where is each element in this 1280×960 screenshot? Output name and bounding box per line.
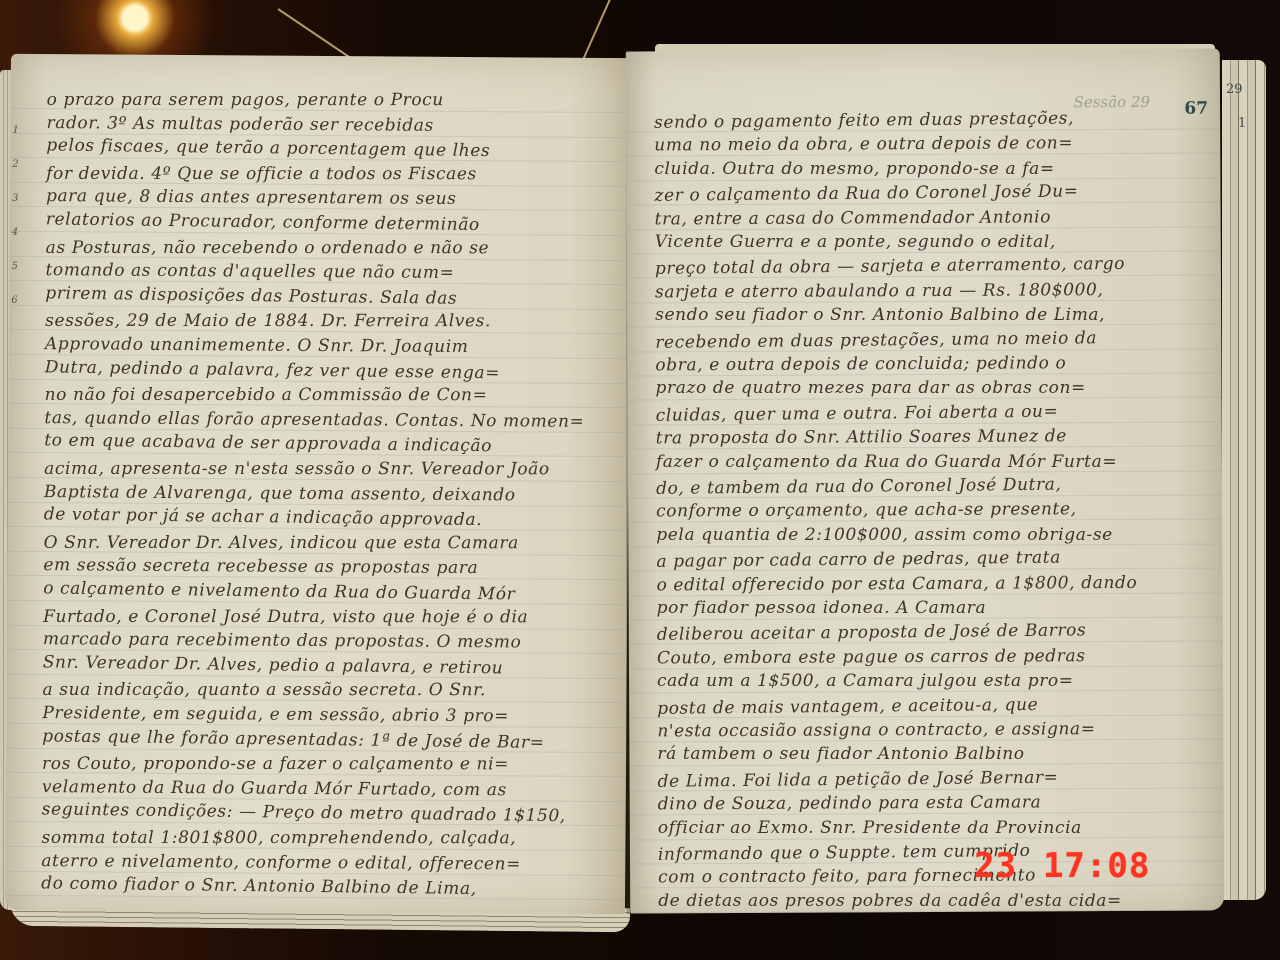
handwritten-line: cada um a 1$500, a Camara julgou esta pr… bbox=[657, 671, 1205, 691]
handwritten-line: ros Couto, propondo-se a fazer o calçame… bbox=[42, 754, 610, 774]
handwritten-line: tas, quando ellas forão apresentadas. Co… bbox=[44, 408, 612, 432]
handwritten-line: Baptista de Alvarenga, que toma assento,… bbox=[44, 482, 612, 506]
handwritten-line: rador. 3º As multas poderão ser recebida… bbox=[46, 113, 614, 137]
handwritten-line: o prazo para serem pagos, perante o Proc… bbox=[47, 90, 615, 110]
margin-mark: 4 bbox=[12, 216, 28, 250]
handwritten-line: no não foi desapercebido a Commissão de … bbox=[45, 385, 613, 405]
handwritten-line: Vicente Guerra e a ponte, segundo o edit… bbox=[655, 232, 1203, 252]
handwritten-line: de dietas aos presos pobres da cadêa d'e… bbox=[658, 891, 1206, 911]
handwritten-line: pela quantia de 2:100$000, assim como ob… bbox=[656, 525, 1204, 545]
margin-mark: 1 bbox=[12, 114, 28, 148]
handwritten-line: Approvado unanimemente. O Snr. Dr. Joaqu… bbox=[45, 334, 613, 358]
edge-number: 29 bbox=[1226, 82, 1243, 97]
handwritten-line: n'esta occasião assigna o contracto, e a… bbox=[657, 719, 1205, 742]
handwritten-line: fazer o calçamento da Rua do Guarda Mór … bbox=[656, 452, 1204, 472]
handwritten-line: a sua indicação, quanto a sessão secreta… bbox=[43, 680, 611, 700]
margin-mark: 6 bbox=[11, 284, 27, 318]
handwritten-line: em sessão secreta recebesse as propostas… bbox=[43, 555, 611, 579]
handwritten-line: tomando as contas d'aquelles que não cum… bbox=[45, 260, 613, 284]
handwritten-line: sessões, 29 de Maio de 1884. Dr. Ferreir… bbox=[45, 311, 613, 331]
open-ledger-book: 29 1 1 2 3 4 5 6 o prazo para serem pago… bbox=[0, 0, 1280, 960]
handwritten-line: officiar ao Exmo. Snr. Presidente da Pro… bbox=[658, 818, 1206, 838]
handwritten-line: for devida. 4º Que se officie a todos os… bbox=[46, 164, 614, 184]
left-page: 1 2 3 4 5 6 o prazo para serem pagos, pe… bbox=[5, 54, 631, 914]
handwritten-line: rá tambem o seu fiador Antonio Balbino bbox=[657, 744, 1205, 764]
margin-mark: 3 bbox=[12, 182, 28, 216]
handwritten-line: por fiador pessoa idonea. A Camara bbox=[657, 598, 1205, 618]
handwritten-line: tra, entre a casa do Commendador Antonio bbox=[655, 206, 1203, 229]
handwritten-text-block: o prazo para serem pagos, perante o Proc… bbox=[11, 54, 631, 58]
handwritten-line: Presidente, em seguida, e em sessão, abr… bbox=[42, 703, 610, 727]
handwritten-line: o edital offerecido por esta Camara, a 1… bbox=[656, 572, 1204, 595]
handwritten-line: uma no meio da obra, e outra depois de c… bbox=[654, 133, 1202, 156]
handwritten-line: obra, e outra depois de concluida; pedin… bbox=[655, 353, 1203, 376]
handwritten-line: para que, 8 dias antes apresentarem os s… bbox=[46, 186, 614, 210]
handwritten-line: dino de Souza, pedindo para esta Camara bbox=[658, 792, 1206, 815]
handwritten-line: cluida. Outra do mesmo, propondo-se a fa… bbox=[654, 159, 1202, 179]
handwritten-line: somma total 1:801$800, comprehendendo, c… bbox=[42, 828, 610, 848]
page-stack-right: 29 1 bbox=[1222, 60, 1266, 900]
handwritten-line: prazo de quatro mezes para dar as obras … bbox=[656, 378, 1204, 398]
camera-timestamp-overlay: 2317:08 bbox=[974, 846, 1150, 886]
timestamp-time: 17:08 bbox=[1043, 846, 1150, 886]
handwritten-line: sendo seu fiador o Snr. Antonio Balbino … bbox=[655, 305, 1203, 325]
handwritten-line: acima, apresenta-se n'esta sessão o Snr.… bbox=[44, 459, 612, 479]
handwritten-line: velamento da Rua do Guarda Mór Furtado, … bbox=[42, 777, 610, 801]
handwritten-line: aterro e nivelamento, conforme o edital,… bbox=[41, 851, 609, 875]
handwritten-line: sarjeta e aterro abaulando a rua — Rs. 1… bbox=[655, 279, 1203, 302]
handwritten-line: as Posturas, não recebendo o ordenado e … bbox=[46, 237, 614, 257]
handwritten-line: tra proposta do Snr. Attilio Soares Mune… bbox=[656, 426, 1204, 449]
edge-number: 1 bbox=[1238, 116, 1246, 131]
right-page: Sessão 29 67 sendo o pagamento feito em … bbox=[626, 48, 1225, 913]
margin-mark: 2 bbox=[12, 148, 28, 182]
timestamp-day: 23 bbox=[974, 846, 1017, 886]
handwritten-line: conforme o orçamento, que acha-se presen… bbox=[656, 499, 1204, 522]
handwritten-line: Couto, embora este pague os carros de pe… bbox=[657, 645, 1205, 668]
handwritten-line: Furtado, e Coronel José Dutra, visto que… bbox=[43, 606, 611, 626]
handwritten-line: O Snr. Vereador Dr. Alves, indicou que e… bbox=[44, 533, 612, 553]
handwritten-line: marcado para recebimento das propostas. … bbox=[43, 629, 611, 653]
